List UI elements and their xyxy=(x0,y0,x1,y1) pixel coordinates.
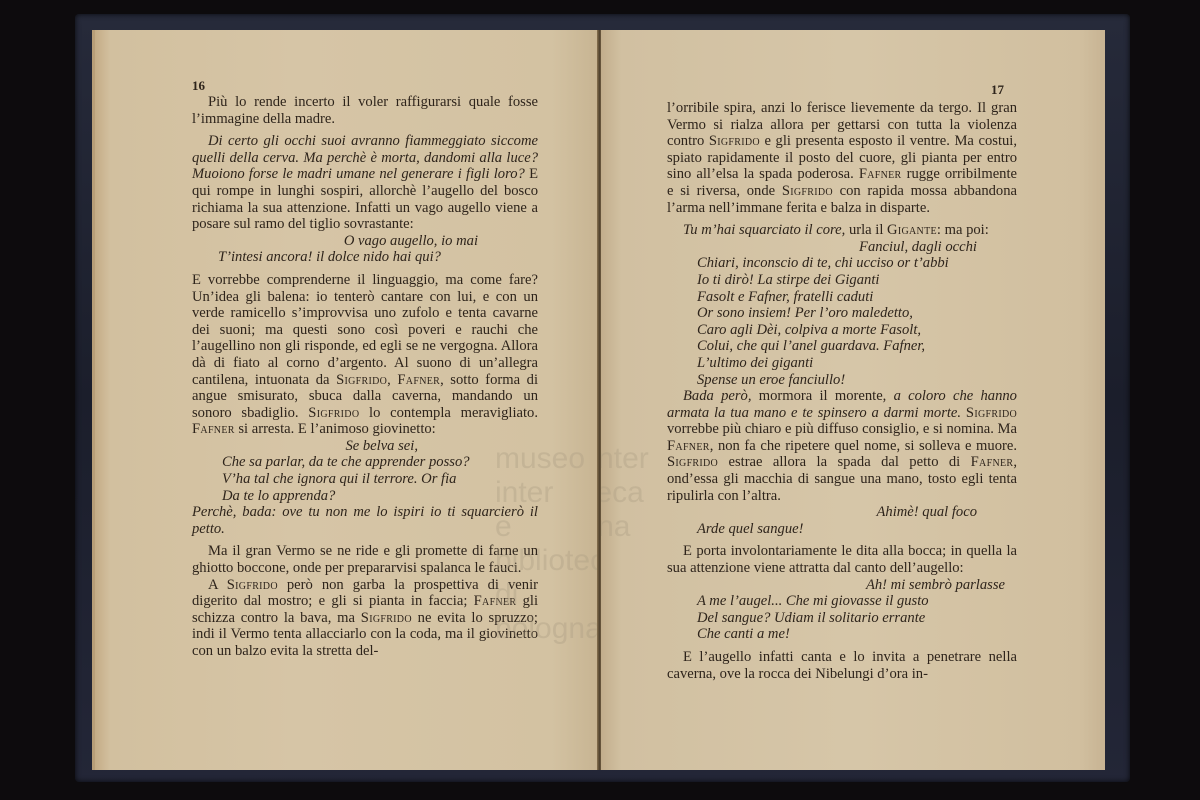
character-name: Fafner xyxy=(971,454,1014,470)
character-name: Sigfrido xyxy=(667,454,718,470)
verse-block: Ah! mi sembrò parlasse A me l’augel... C… xyxy=(667,577,1017,643)
verse-line: Ah! mi sembrò parlasse xyxy=(697,577,1005,594)
right-page: 17 l’orribile spira, anzi lo ferisce lie… xyxy=(601,30,1105,770)
paragraph: A Sigfrido però non garba la prospettiva… xyxy=(192,577,538,660)
watermark-line: e biblioteca xyxy=(601,476,649,510)
character-name: Sigfrido xyxy=(227,577,278,593)
paragraph: E l’augello infatti canta e lo invita a … xyxy=(667,649,1017,682)
character-name: Sigfrido xyxy=(782,183,833,199)
verse-block: Ahimè! qual foco Arde quel sangue! xyxy=(667,504,1017,537)
character-name: Sigfrido xyxy=(361,610,412,626)
verse-line: Arde quel sangue! xyxy=(697,521,977,538)
italic-speech: Di certo gli occhi suoi avranno fiammegg… xyxy=(192,133,538,182)
paragraph: Bada però, mormora il morente, a coloro … xyxy=(667,388,1017,504)
paragraph: Tu m’hai squarciato il core, urla il Gig… xyxy=(667,222,1017,239)
paragraph: E porta involontariamente le dita alla b… xyxy=(667,543,1017,576)
verse-line: Fanciul, dagli occhi xyxy=(697,239,977,256)
paragraph: E vorrebbe comprenderne il linguaggio, m… xyxy=(192,272,538,438)
left-page: 16 Più lo rende incerto il voler raffigu… xyxy=(92,30,602,770)
verse-line: Che canti a me! xyxy=(697,626,1005,643)
italic-speech: Bada però, xyxy=(683,388,751,404)
verse-line: Spense un eroe fanciullo! xyxy=(697,372,977,389)
verse-block: Fanciul, dagli occhi Chiari, inconscio d… xyxy=(667,239,1017,388)
character-name: Sigfrido xyxy=(336,372,387,388)
verse-line: A me l’augel... Che mi giovasse il gusto xyxy=(697,593,1005,610)
italic-speech: Tu m’hai squarciato il core, xyxy=(683,222,845,238)
verse-line: Io ti dirò! La stirpe dei Giganti xyxy=(697,272,977,289)
verse-block: O vago augello, io mai T’intesi ancora! … xyxy=(192,233,538,266)
verse-block: Se belva sei, Che sa parlar, da te che a… xyxy=(192,438,538,504)
character-name: Sigfrido xyxy=(709,133,760,149)
character-name: Fafner xyxy=(859,166,902,182)
verse-line: Or sono insiem! Per l’oro maledetto, xyxy=(697,305,977,322)
paragraph: Di certo gli occhi suoi avranno fiammegg… xyxy=(192,133,538,233)
verse-line: Colui, che qui l’anel guardava. Fafner, xyxy=(697,338,977,355)
watermark-line: di bologna xyxy=(601,510,649,544)
verse-line: Chiari, inconscio di te, chi ucciso or t… xyxy=(697,255,977,272)
character-name: Sigfrido xyxy=(308,405,359,421)
character-name: Fafner xyxy=(474,593,517,609)
page-number-left: 16 xyxy=(192,78,205,94)
verse-line: Se belva sei, xyxy=(222,438,518,455)
watermark: museo inter e biblioteca di bologna xyxy=(601,442,649,544)
verse-line: Da te lo apprenda? xyxy=(222,488,518,505)
verse-line: Caro agli Dèi, colpiva a morte Fasolt, xyxy=(697,322,977,339)
character-name: Fafner xyxy=(397,372,440,388)
verse-line: V’ha tal che ignora qui il terrore. Or f… xyxy=(222,471,518,488)
verse-line: Fasolt e Fafner, fratelli caduti xyxy=(697,289,977,306)
verse-line: T’intesi ancora! il dolce nido hai qui? xyxy=(218,249,478,266)
paragraph: Perchè, bada: ove tu non me lo ispiri io… xyxy=(192,504,538,537)
watermark-line: museo inter xyxy=(601,442,649,476)
character-name: Gigante xyxy=(887,222,937,238)
character-name: Fafner xyxy=(667,438,710,454)
character-name: Sigfrido xyxy=(966,405,1017,421)
page-number-right: 17 xyxy=(991,82,1004,98)
verse-line: L’ultimo dei giganti xyxy=(697,355,977,372)
verse-line: Che sa parlar, da te che apprender posso… xyxy=(222,454,518,471)
paragraph: l’orribile spira, anzi lo ferisce lievem… xyxy=(667,100,1017,216)
paragraph: Ma il gran Vermo se ne ride e gli promet… xyxy=(192,543,538,576)
verse-line: Del sangue? Udiam il solitario errante xyxy=(697,610,1005,627)
verse-line: Ahimè! qual foco xyxy=(697,504,977,521)
paragraph: Più lo rende incerto il voler raffigurar… xyxy=(192,94,538,127)
left-page-text: Più lo rende incerto il voler raffigurar… xyxy=(192,94,538,660)
right-page-text: l’orribile spira, anzi lo ferisce lievem… xyxy=(667,100,1017,682)
verse-line: O vago augello, io mai xyxy=(218,233,478,250)
character-name: Fafner xyxy=(192,421,235,437)
